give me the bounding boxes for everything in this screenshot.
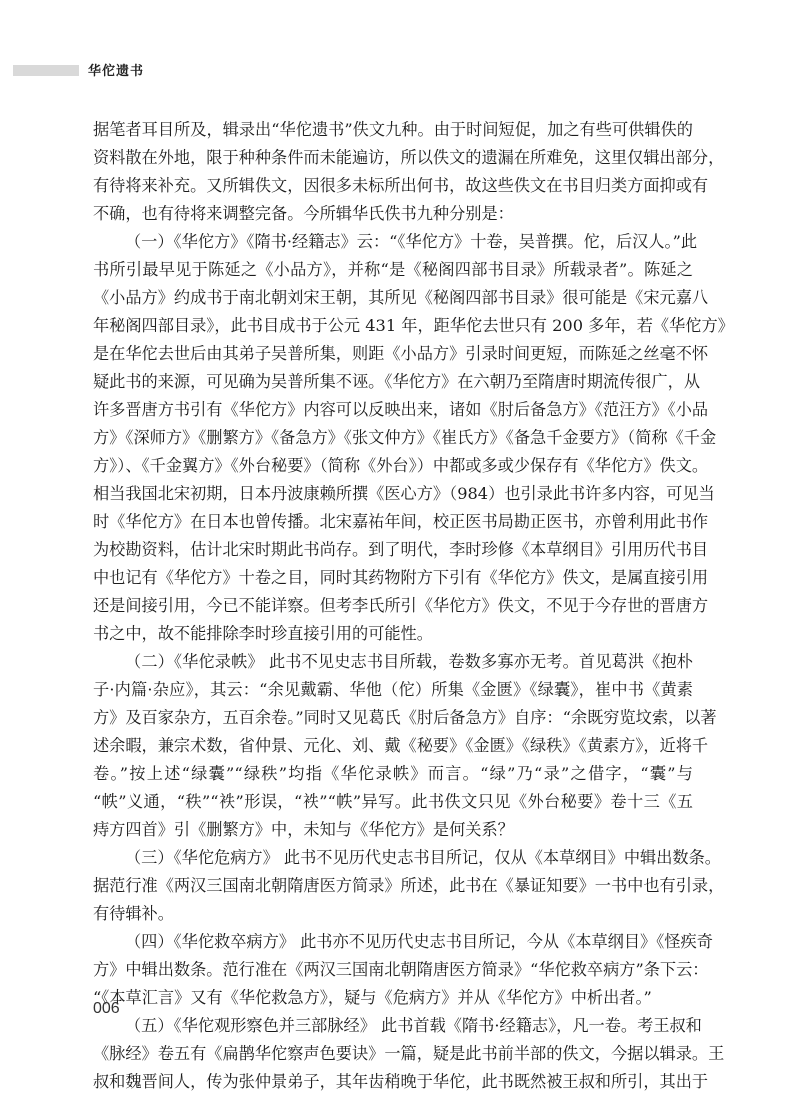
text-line: 方》《深师方》《删繁方》《备急方》《张文仲方》《崔氏方》《备急千金要方》（简称《… [93,424,693,452]
text-line: 时《华佗方》在日本也曾传播。北宋嘉祐年间，校正医书局勘正医书，亦曾利用此书作 [93,508,693,536]
text-line: （二）《华佗录帙》 此书不见史志书目所载，卷数多寡亦无考。首见葛洪《抱朴 [93,648,693,676]
text-line: 相当我国北宋初期，日本丹波康赖所撰《医心方》（984）也引录此书许多内容，可见当 [93,480,693,508]
text-line: 不确，也有待将来调整完备。今所辑华氏佚书九种分别是： [93,200,693,228]
text-line: 有待辑补。 [93,900,693,928]
text-line: 有待将来补充。又所辑佚文，因很多未标所出何书，故这些佚文在书目归类方面抑或有 [93,172,693,200]
text-line: 为校勘资料，估计北宋时期此书尚存。到了明代，李时珍修《本草纲目》引用历代书目 [93,536,693,564]
text-line: 年秘阁四部目录》，此书目成书于公元 431 年，距华佗去世只有 200 多年，若… [93,312,693,340]
text-line: （四）《华佗救卒病方》 此书亦不见历代史志书目所记，今从《本草纲目》《怪疾奇 [93,928,693,956]
text-line: “帙”义通，“秩”“袟”形误，“袟”“帙”异写。此书佚文只见《外台秘要》卷十三《… [93,788,693,816]
text-line: 据笔者耳目所及，辑录出“华佗遗书”佚文九种。由于时间短促，加之有些可供辑佚的 [93,116,693,144]
text-line: 述余暇，兼宗术数，省仲景、元化、刘、戴《秘要》《金匮》《绿秩》《黄素方》，近将千 [93,732,693,760]
text-line: 疑此书的来源，可见确为吴普所集不诬。《华佗方》在六朝乃至隋唐时期流传很广，从 [93,368,693,396]
text-line: （一）《华佗方》《隋书·经籍志》云：“《华佗方》十卷，吴普撰。佗，后汉人。”此 [93,228,693,256]
text-line: 方》中辑出数条。范行准在《两汉三国南北朝隋唐医方简录》“华佗救卒病方”条下云： [93,956,693,984]
running-header-title: 华佗遗书 [88,60,144,79]
text-line: 卷。”按上述“绿囊”“绿秩”均指《华佗录帙》而言。“绿”乃“录”之借字，“囊”与 [93,760,693,788]
text-line: 书所引最早见于陈延之《小品方》，并称“是《秘阁四部书目录》所载录者”。陈延之 [93,256,693,284]
page-number: 006 [93,1000,120,1018]
text-line: （五）《华佗观形察色并三部脉经》 此书首载《隋书·经籍志》，凡一卷。考王叔和 [93,1012,693,1040]
text-line: “《本草汇言》又有《华佗救急方》，疑与《危病方》并从《华佗方》中析出者。” [93,984,693,1012]
text-line: （三）《华佗危病方》 此书不见历代史志书目所记，仅从《本草纲目》中辑出数条。 [93,844,693,872]
text-line: 《脉经》卷五有《扁鹊华佗察声色要诀》一篇，疑是此书前半部的佚文，今据以辑录。王 [93,1040,693,1068]
text-line: 《小品方》约成书于南北朝刘宋王朝，其所见《秘阁四部书目录》很可能是《宋元嘉八 [93,284,693,312]
text-line: 资料散在外地，限于种种条件而未能遍访，所以佚文的遗漏在所难免，这里仅辑出部分， [93,144,693,172]
text-line: 子·内篇·杂应》，其云：“余见戴霸、华他（佗）所集《金匮》《绿囊》，崔中书《黄素 [93,676,693,704]
text-line: 据范行准《两汉三国南北朝隋唐医方简录》所述，此书在《暴证知要》一书中也有引录， [93,872,693,900]
text-line: 痔方四首》引《删繁方》中，未知与《华佗方》是何关系？ [93,816,693,844]
text-line: 方》）、《千金翼方》《外台秘要》（简称《外台》）中都或多或少保存有《华佗方》佚文… [93,452,693,480]
text-line: 许多晋唐方书引有《华佗方》内容可以反映出来，诸如《肘后备急方》《范汪方》《小品 [93,396,693,424]
text-line: 还是间接引用，今已不能详察。但考李氏所引《华佗方》佚文，不见于今存世的晋唐方 [93,592,693,620]
text-line: 是在华佗去世后由其弟子吴普所集，则距《小品方》引录时间更短，而陈延之丝毫不怀 [93,340,693,368]
text-line: 中也记有《华佗方》十卷之目，同时其药物附方下引有《华佗方》佚文，是属直接引用 [93,564,693,592]
text-line: 方》及百家杂方，五百余卷。”同时又见葛氏《肘后备急方》自序：“余既穷览坟索，以著 [93,704,693,732]
body-text: 据笔者耳目所及，辑录出“华佗遗书”佚文九种。由于时间短促，加之有些可供辑佚的资料… [93,116,693,1096]
running-header-bar [13,65,79,76]
text-line: 书之中，故不能排除李时珍直接引用的可能性。 [93,620,693,648]
text-line: 叔和魏晋间人，传为张仲景弟子，其年齿稍晚于华佗，此书既然被王叔和所引，其出于 [93,1068,693,1096]
